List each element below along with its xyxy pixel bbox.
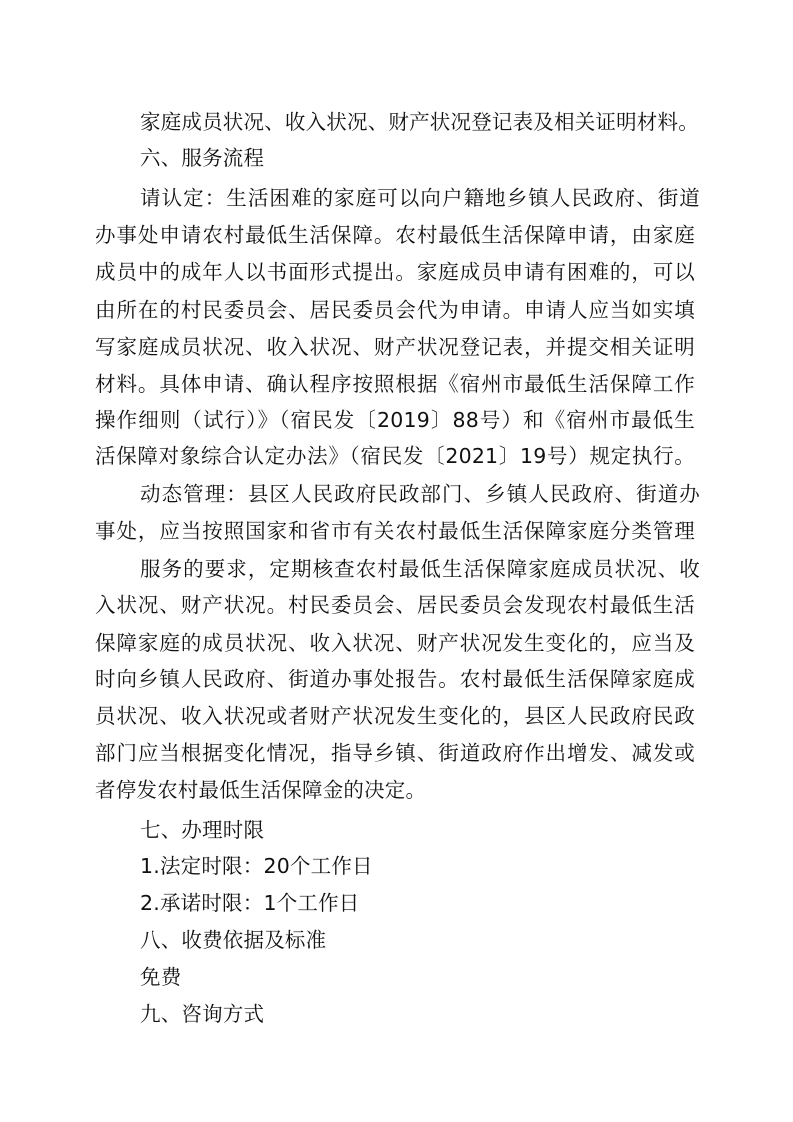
text-line: 动态管理：县区人民政府民政部门、乡镇人民政府、街道办	[140, 481, 700, 507]
text-line: 服务的要求，定期核查农村最低生活保障家庭成员状况、收	[140, 556, 700, 582]
text-line: 材料。具体申请、确认程序按照根据《宿州市最低生活保障工作	[95, 371, 695, 397]
text-line: 八、收费依据及标准	[140, 927, 700, 953]
text-line: 操作细则（试行）》（宿民发〔2019〕88号）和《宿州市最低生	[95, 407, 695, 433]
text-line: 部门应当根据变化情况，指导乡镇、街道政府作出增发、减发或	[95, 740, 695, 766]
text-line: 入状况、财产状况。村民委员会、居民委员会发现农村最低生活	[95, 592, 695, 618]
text-line: 七、办理时限	[140, 817, 700, 843]
text-line: 时向乡镇人民政府、街道办事处报告。农村最低生活保障家庭成	[95, 666, 695, 692]
text-line: 事处，应当按照国家和省市有关农村最低生活保障家庭分类管理	[95, 518, 695, 544]
text-line: 六、服务流程	[140, 145, 700, 171]
text-line: 1.法定时限：20个工作日	[140, 853, 700, 879]
text-line: 2.承诺时限：1个工作日	[140, 890, 700, 916]
text-line: 办事处申请农村最低生活保障。农村最低生活保障申请，由家庭	[95, 222, 695, 248]
text-line: 由所在的村民委员会、居民委员会代为申请。申请人应当如实填	[95, 297, 695, 323]
text-line: 写家庭成员状况、收入状况、财产状况登记表，并提交相关证明	[95, 334, 695, 360]
text-line: 成员中的成年人以书面形式提出。家庭成员申请有困难的，可以	[95, 259, 695, 285]
text-line: 员状况、收入状况或者财产状况发生变化的，县区人民政府民政	[95, 703, 695, 729]
text-line: 九、咨询方式	[140, 1001, 700, 1027]
text-line: 保障家庭的成员状况、收入状况、财产状况发生变化的，应当及	[95, 630, 695, 656]
text-line: 家庭成员状况、收入状况、财产状况登记表及相关证明材料。	[140, 109, 700, 135]
text-line: 请认定：生活困难的家庭可以向户籍地乡镇人民政府、街道	[140, 185, 700, 211]
text-line: 免费	[140, 964, 700, 990]
text-line: 者停发农村最低生活保障金的决定。	[95, 777, 695, 803]
text-line: 活保障对象综合认定办法》（宿民发〔2021〕19号）规定执行。	[95, 443, 695, 469]
